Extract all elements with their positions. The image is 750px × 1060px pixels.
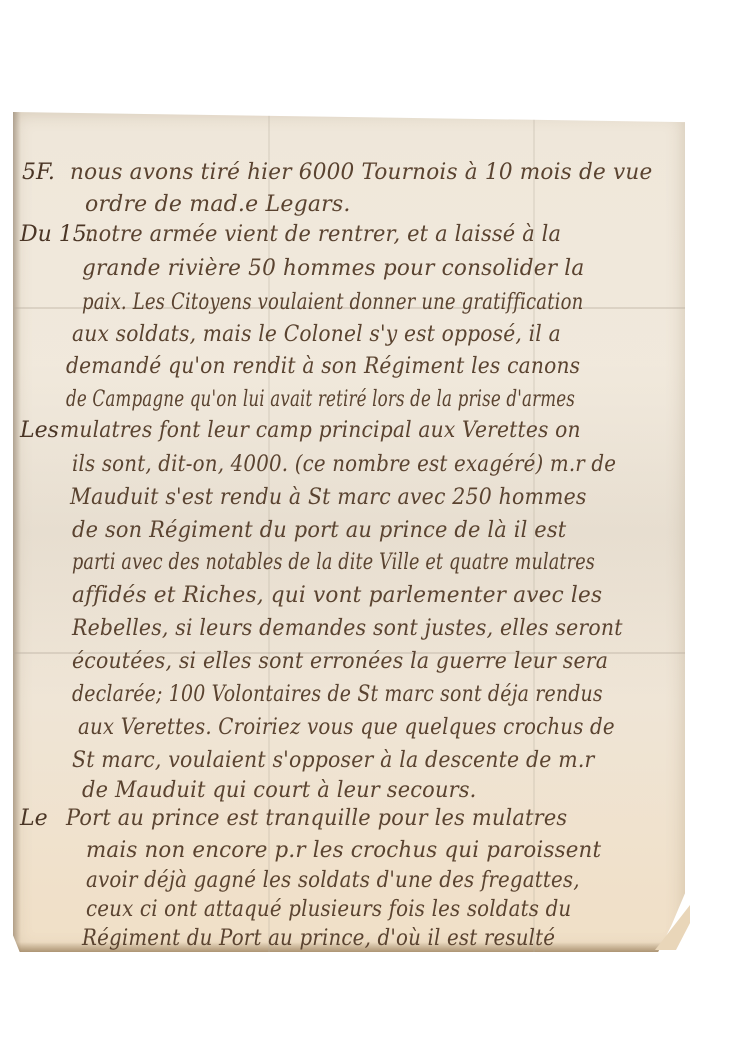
margin-note: 5F. — [22, 160, 55, 185]
text-line: affidés et Riches, qui vont parlementer … — [72, 583, 602, 608]
text-line: mulatres font leur camp principal aux Ve… — [60, 418, 581, 443]
text-line: écoutées, si elles sont erronées la guer… — [72, 649, 608, 674]
text-line: St marc, voulaient s'opposer à la descen… — [72, 748, 595, 773]
margin-note: Du 15. — [20, 222, 94, 247]
text-line: avoir déjà gagné les soldats d'une des f… — [86, 868, 580, 893]
text-line: aux Verettes. Croiriez vous que quelques… — [78, 715, 615, 740]
text-line: aux soldats, mais le Colonel s'y est opp… — [72, 322, 561, 347]
text-line: Port au prince est tranquille pour les m… — [66, 806, 567, 831]
handwritten-text: 5F. nous avons tiré hier 6000 Tournois à… — [0, 0, 750, 1060]
text-line: mais non encore p.r les crochus qui paro… — [86, 838, 601, 863]
text-line: demandé qu'on rendit à son Régiment les … — [66, 354, 580, 379]
text-line: notre armée vient de rentrer, et a laiss… — [85, 222, 561, 247]
text-line: declarée; 100 Volontaires de St marc son… — [72, 682, 603, 707]
text-line: paix. Les Citoyens voulaient donner une … — [82, 290, 583, 315]
text-line: grande rivière 50 hommes pour consolider… — [82, 256, 584, 281]
text-line: ils sont, dit-on, 4000. (ce nombre est e… — [72, 452, 616, 477]
text-line: parti avec des notables de la dite Ville… — [72, 550, 595, 575]
text-line: Rebelles, si leurs demandes sont justes,… — [72, 616, 623, 641]
text-line: ceux ci ont attaqué plusieurs fois les s… — [86, 897, 571, 922]
text-line: de Mauduit qui court à leur secours. — [82, 778, 477, 803]
margin-note: Les — [20, 418, 59, 443]
text-line: Mauduit s'est rendu à St marc avec 250 h… — [70, 485, 587, 510]
text-line: nous avons tiré hier 6000 Tournois à 10 … — [70, 160, 652, 185]
text-line: Régiment du Port au prince, d'où il est … — [82, 926, 555, 951]
margin-note: Le — [20, 806, 48, 831]
text-line: de Campagne qu'on lui avait retiré lors … — [66, 387, 575, 412]
text-line: ordre de mad.e Legars. — [85, 192, 351, 217]
text-line: de son Régiment du port au prince de là … — [72, 518, 566, 543]
